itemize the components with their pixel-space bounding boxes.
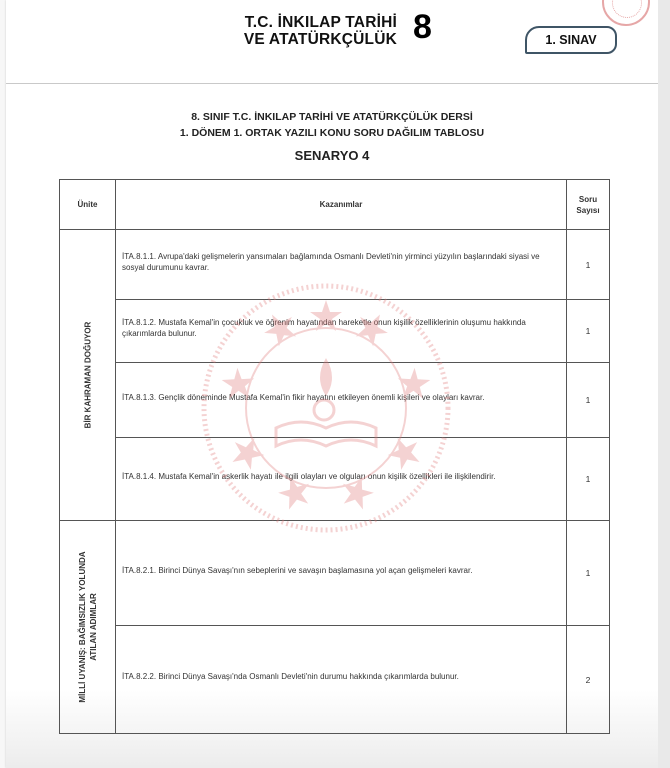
table-row: BİR KAHRAMAN DOĞUYOR İTA.8.1.1. Avrupa'd… [60,230,610,300]
document-page: T.C. İNKILAP TARİHİ VE ATATÜRKÇÜLÜK 8 1.… [6,0,658,768]
subtitle-course: 8. SINIF T.C. İNKILAP TARİHİ VE ATATÜRKÇ… [6,111,658,123]
count-cell: 1 [567,438,610,521]
table-row: İTA.8.2.2. Birinci Dünya Savaşı'nda Osma… [60,626,610,734]
document-header: T.C. İNKILAP TARİHİ VE ATATÜRKÇÜLÜK 8 1.… [6,0,658,84]
table-row: İTA.8.1.3. Gençlik döneminde Mustafa Kem… [60,363,610,438]
outcome-cell: İTA.8.2.2. Birinci Dünya Savaşı'nda Osma… [116,626,567,734]
table-row: MİLLİ UYANIŞ: BAĞIMSIZLIK YOLUNDA ATILAN… [60,521,610,626]
outcome-cell: İTA.8.1.4. Mustafa Kemal'in askerlik hay… [116,438,567,521]
table-header-row: Ünite Kazanımlar Soru Sayısı [60,180,610,230]
unit-cell-2: MİLLİ UYANIŞ: BAĞIMSIZLIK YOLUNDA ATILAN… [60,521,116,734]
viewer-scroll-edge [658,0,670,768]
subtitle-table-name: 1. DÖNEM 1. ORTAK YAZILI KONU SORU DAĞIL… [6,127,658,139]
count-cell: 1 [567,521,610,626]
exam-badge: 1. SINAV [525,26,617,54]
outcome-cell: İTA.8.1.2. Mustafa Kemal'in çocukluk ve … [116,300,567,363]
unit-name: BİR KAHRAMAN DOĞUYOR [82,322,93,429]
course-title-line2: VE ATATÜRKÇÜLÜK [237,31,397,48]
scenario-title: SENARYO 4 [6,148,658,163]
count-cell: 1 [567,363,610,438]
outcome-cell: İTA.8.1.3. Gençlik döneminde Mustafa Kem… [116,363,567,438]
count-cell: 1 [567,230,610,300]
course-title: T.C. İNKILAP TARİHİ VE ATATÜRKÇÜLÜK [237,14,397,48]
unit-cell-1: BİR KAHRAMAN DOĞUYOR [60,230,116,521]
grade-number: 8 [413,8,432,47]
header-unit: Ünite [60,180,116,230]
meb-seal-icon [602,0,650,26]
outcome-cell: İTA.8.2.1. Birinci Dünya Savaşı'nın sebe… [116,521,567,626]
header-count: Soru Sayısı [567,180,610,230]
unit-name: MİLLİ UYANIŞ: BAĞIMSIZLIK YOLUNDA ATILAN… [77,551,99,702]
header-outcomes: Kazanımlar [116,180,567,230]
count-cell: 2 [567,626,610,734]
count-cell: 1 [567,300,610,363]
course-title-line1: T.C. İNKILAP TARİHİ [237,14,397,31]
table-row: İTA.8.1.4. Mustafa Kemal'in askerlik hay… [60,438,610,521]
distribution-table: Ünite Kazanımlar Soru Sayısı BİR KAHRAMA… [59,179,610,734]
table-row: İTA.8.1.2. Mustafa Kemal'in çocukluk ve … [60,300,610,363]
outcome-cell: İTA.8.1.1. Avrupa'daki gelişmelerin yans… [116,230,567,300]
